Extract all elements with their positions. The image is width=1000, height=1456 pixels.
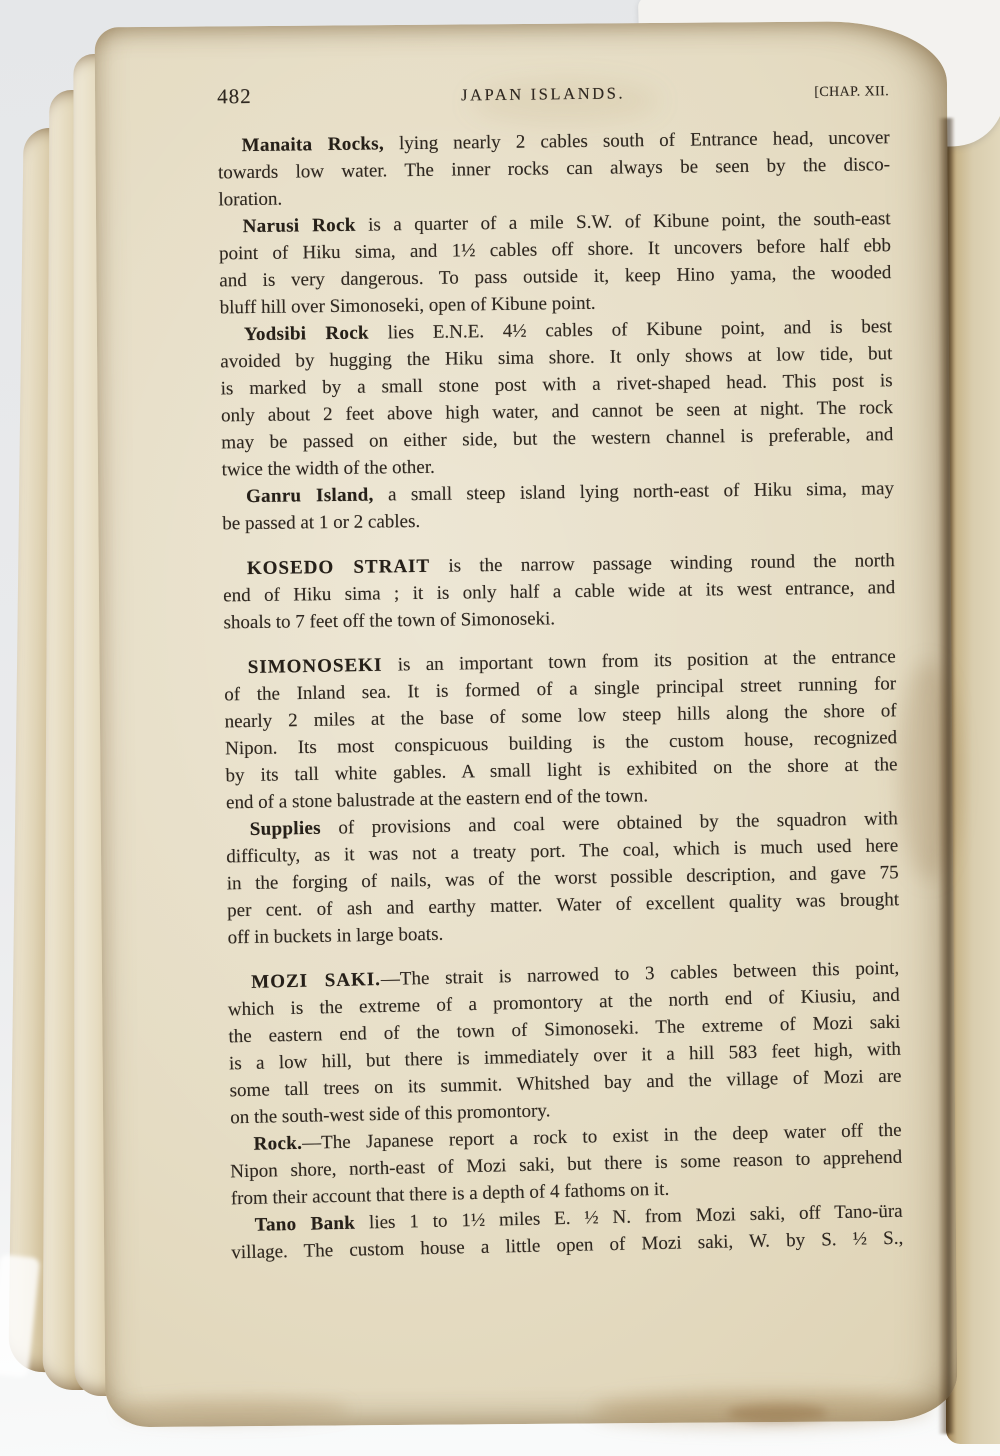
running-title: JAPAN ISLANDS. bbox=[327, 82, 759, 107]
text-line: a small steep island lying north-east of… bbox=[373, 478, 894, 505]
paragraph: Manaita Rocks, lying nearly 2 cables sou… bbox=[218, 124, 891, 213]
paragraph: Ganru Island, a small steep island lying… bbox=[222, 475, 895, 537]
page-content: 482 JAPAN ISLANDS. [CHAP. XII. Manaita R… bbox=[217, 76, 903, 1266]
paragraph: KOSEDO STRAIT is the narrow passage wind… bbox=[223, 547, 896, 636]
gutter-shadow bbox=[938, 118, 954, 1434]
chapter-label: [CHAP. XII. bbox=[759, 84, 889, 102]
book-photo: 482 JAPAN ISLANDS. [CHAP. XII. Manaita R… bbox=[0, 0, 1000, 1456]
paragraph-lead: Yodsibi Rock bbox=[244, 323, 369, 346]
text-line: is a quarter of a mile S.W. of Kibune po… bbox=[355, 208, 890, 236]
paragraph-lead: Rock. bbox=[253, 1133, 302, 1155]
page-number: 482 bbox=[217, 83, 327, 109]
paragraph-lead: Manaita Rocks, bbox=[242, 133, 385, 156]
paragraph-lead: Ganru Island, bbox=[246, 485, 374, 508]
paragraph-lead: MOZI SAKI. bbox=[251, 969, 381, 993]
paragraph-lead: Supplies bbox=[250, 818, 321, 840]
paragraph-lead: Tano Bank bbox=[255, 1213, 356, 1236]
text-line: lying nearly 2 cables south of Entrance … bbox=[384, 127, 890, 154]
text-line: lies E.N.E. 4½ cables of Kibune point, a… bbox=[369, 316, 892, 343]
paragraph-lead: SIMONOSEKI bbox=[248, 655, 383, 678]
paragraph: Rock.—The Japanese report a rock to exis… bbox=[229, 1117, 903, 1213]
paragraph: MOZI SAKI.—The strait is narrowed to 3 c… bbox=[227, 955, 902, 1132]
paragraph-lead: KOSEDO STRAIT bbox=[247, 556, 431, 579]
paper-stain bbox=[119, 1397, 349, 1423]
paragraph: SIMONOSEKI is an important town from its… bbox=[224, 643, 899, 816]
book-page: 482 JAPAN ISLANDS. [CHAP. XII. Manaita R… bbox=[95, 21, 958, 1428]
paragraph-lead: Narusi Rock bbox=[243, 215, 356, 237]
text-line: is the narrow passage winding round the … bbox=[430, 550, 895, 577]
paragraph: Narusi Rock is a quarter of a mile S.W. … bbox=[219, 205, 892, 321]
paragraph: Supplies of provisions and coal were obt… bbox=[226, 805, 900, 951]
paragraph: Yodsibi Rock lies E.N.E. 4½ cables of Ki… bbox=[220, 313, 894, 483]
page-header: 482 JAPAN ISLANDS. [CHAP. XII. bbox=[217, 76, 889, 112]
